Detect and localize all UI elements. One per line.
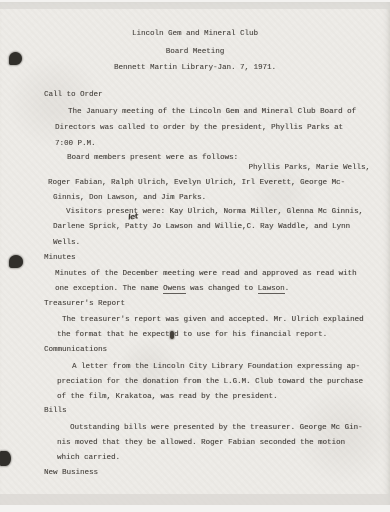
body-line: Minutes of the December meeting were rea…: [55, 269, 357, 279]
body-line: of the film, Krakatoa, was read by the p…: [57, 392, 278, 402]
body-line: The January meeting of the Lincoln Gem a…: [68, 107, 356, 117]
section-heading-communications: Communications: [44, 345, 107, 355]
body-line: The treasurer's report was given and acc…: [62, 315, 364, 325]
text-segment: was changed to: [186, 285, 258, 293]
section-heading-minutes: Minutes: [44, 253, 76, 263]
body-line: the format that he expected to use for h…: [57, 330, 327, 340]
page-bottom-edge-shadow: [0, 494, 390, 505]
page-bottom-edge-highlight: [0, 505, 390, 512]
body-line: Wells.: [53, 238, 80, 248]
hole-punch-mark: [0, 451, 11, 466]
doc-subtitle: Board Meeting: [0, 47, 390, 57]
text-segment: d to use for his financial report.: [174, 331, 327, 339]
scanned-minutes-page: Lincoln Gem and Mineral Club Board Meeti…: [0, 0, 390, 512]
underlined-name: Lawson: [258, 285, 285, 294]
body-line: 7:00 P.M.: [55, 139, 96, 149]
doc-venue-date: Bennett Martin Library-Jan. 7, 1971.: [0, 63, 390, 73]
body-line: Visitors present were: Kay Ulrich, Norma…: [66, 207, 363, 217]
text-segment: one exception. The name: [55, 285, 163, 293]
body-line: which carried.: [57, 453, 120, 463]
body-line-right-aligned: Phyllis Parks, Marie Wells,: [248, 163, 370, 173]
section-heading-bills: Bills: [44, 406, 67, 416]
section-heading-treasurers-report: Treasurer's Report: [44, 299, 125, 309]
body-line: Directors was called to order by the pre…: [55, 123, 343, 133]
body-line: A letter from the Lincoln City Library F…: [72, 362, 360, 372]
body-line: Darlene Sprick, Patty Jo Lawson and Will…: [53, 222, 350, 232]
section-heading-call-to-order: Call to Order: [44, 90, 103, 100]
section-heading-new-business: New Business: [44, 468, 98, 478]
body-line: Board members present were as follows:: [67, 153, 238, 163]
page-top-edge-shadow: [0, 2, 390, 9]
doc-title: Lincoln Gem and Mineral Club: [0, 29, 390, 39]
handwritten-correction: let: [127, 211, 138, 221]
body-line: preciation for the donation from the L.G…: [57, 377, 363, 387]
body-line: Ginnis, Don Lawson, and Jim Parks.: [53, 193, 206, 203]
hole-punch-mark: [9, 255, 23, 268]
body-line: Roger Fabian, Ralph Ulrich, Evelyn Ulric…: [48, 178, 345, 188]
underlined-name: Owens: [163, 285, 186, 294]
body-line: nis moved that they be allowed. Roger Fa…: [57, 438, 345, 448]
text-segment: the format that he expect: [57, 331, 170, 339]
body-line: one exception. The name Owens was change…: [55, 284, 289, 294]
body-line: Outstanding bills were presented by the …: [70, 423, 363, 433]
text-segment: .: [285, 285, 290, 293]
